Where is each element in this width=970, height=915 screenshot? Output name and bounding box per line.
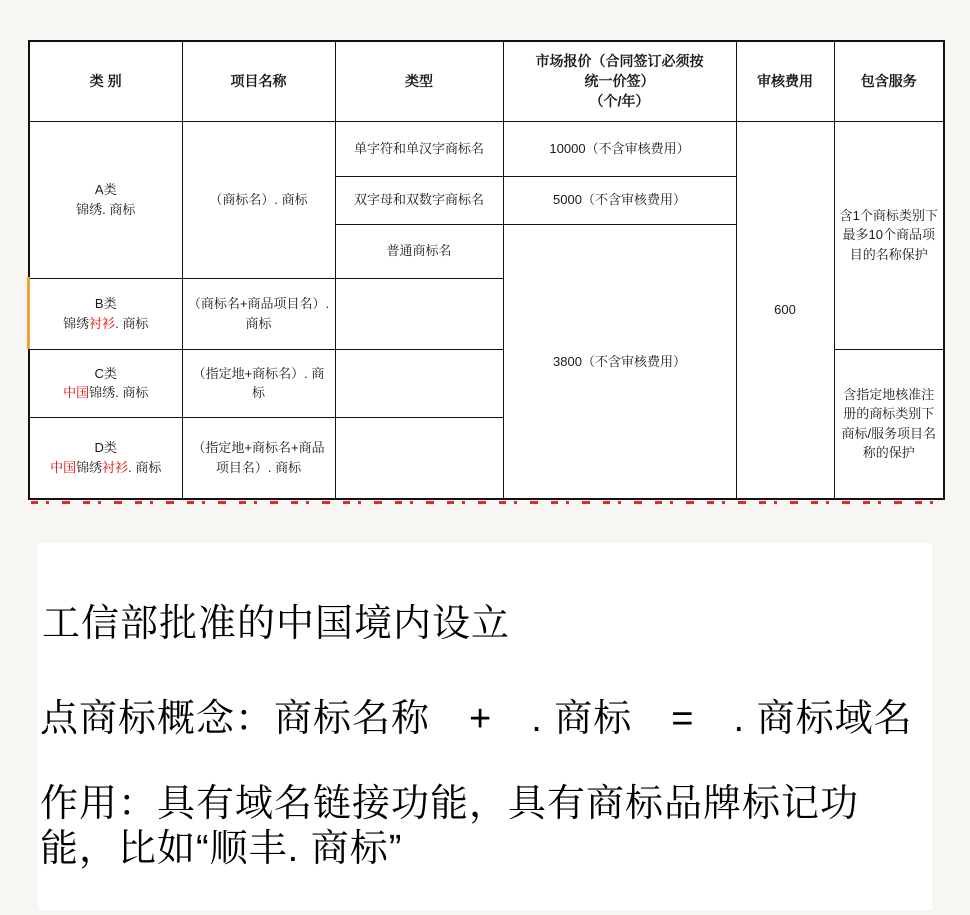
trademark-price-table: 类 别 项目名称 类型 市场报价（合同签订必须按 统一价签） （个/年） 审核费… xyxy=(28,40,945,500)
header-category: 类 别 xyxy=(29,41,182,121)
dot-trademark-concept-line: 点商标概念：商标名称 + . 商标 = . 商标域名 xyxy=(40,687,913,742)
cell-type-d-empty xyxy=(335,417,503,499)
header-market-price: 市场报价（合同签订必须按 统一价签） （个/年） xyxy=(503,41,736,121)
category-c-name: 中国锦绣. 商标 xyxy=(63,385,148,400)
category-b-red-part: 衬衫 xyxy=(89,316,115,331)
cell-project-b: （商标名+商品项目名）. 商标 xyxy=(182,278,335,349)
cell-category-d: D类 中国锦绣衬衫. 商标 xyxy=(29,417,182,499)
cell-project-a: （商标名）. 商标 xyxy=(182,121,335,278)
description-panel: 工信部批准的中国境内设立 点商标概念：商标名称 + . 商标 = . 商标域名 … xyxy=(38,543,932,910)
category-a-name: 锦绣. 商标 xyxy=(76,202,135,217)
table-header-row: 类 别 项目名称 类型 市场报价（合同签订必须按 统一价签） （个/年） 审核费… xyxy=(29,41,944,121)
row-b-highlight-bar xyxy=(27,277,30,349)
table-row: A类 锦绣. 商标 （商标名）. 商标 单字符和单汉字商标名 10000（不含审… xyxy=(29,121,944,176)
cell-type-b-empty xyxy=(335,278,503,349)
header-review-fee: 审核费用 xyxy=(736,41,834,121)
cell-price-10000: 10000（不含审核费用） xyxy=(503,121,736,176)
category-b-name: 锦绣衬衫. 商标 xyxy=(63,316,148,331)
cell-category-c: C类 中国锦绣. 商标 xyxy=(29,349,182,417)
category-b-label: B类 xyxy=(95,296,117,311)
cell-service-2: 含指定地核准注册的商标类别下商标/服务项目名称的保护 xyxy=(834,349,944,499)
header-project-name: 项目名称 xyxy=(182,41,335,121)
header-type: 类型 xyxy=(335,41,503,121)
cell-type-double: 双字母和双数字商标名 xyxy=(335,176,503,224)
cell-category-b: B类 锦绣衬衫. 商标 xyxy=(29,278,182,349)
category-d-red-part2: 衬衫 xyxy=(102,460,128,475)
cell-service-1: 含1个商标类别下最多10个商品项目的名称保护 xyxy=(834,121,944,349)
clipped-red-text-strip xyxy=(31,501,940,504)
cell-type-normal: 普通商标名 xyxy=(335,224,503,278)
category-d-name: 中国锦绣衬衫. 商标 xyxy=(50,460,161,475)
cell-type-c-empty xyxy=(335,349,503,417)
page: 类 别 项目名称 类型 市场报价（合同签订必须按 统一价签） （个/年） 审核费… xyxy=(0,0,970,915)
category-d-label: D类 xyxy=(95,440,117,455)
header-included-service: 包含服务 xyxy=(834,41,944,121)
miit-approved-line: 工信部批准的中国境内设立 xyxy=(42,592,510,647)
category-c-label: C类 xyxy=(95,366,117,381)
function-description-line: 作用：具有域名链接功能，具有商标品牌标记功 能，比如“顺丰. 商标” xyxy=(40,782,859,872)
cell-category-a: A类 锦绣. 商标 xyxy=(29,121,182,278)
category-c-red-part: 中国 xyxy=(63,385,89,400)
category-d-red-part1: 中国 xyxy=(50,460,76,475)
cell-price-5000: 5000（不含审核费用） xyxy=(503,176,736,224)
cell-project-d: （指定地+商标名+商品项目名）. 商标 xyxy=(182,417,335,499)
category-a-label: A类 xyxy=(95,182,117,197)
cell-project-c: （指定地+商标名）. 商标 xyxy=(182,349,335,417)
cell-review-fee: 600 xyxy=(736,121,834,499)
cell-price-3800: 3800（不含审核费用） xyxy=(503,224,736,499)
cell-type-single: 单字符和单汉字商标名 xyxy=(335,121,503,176)
